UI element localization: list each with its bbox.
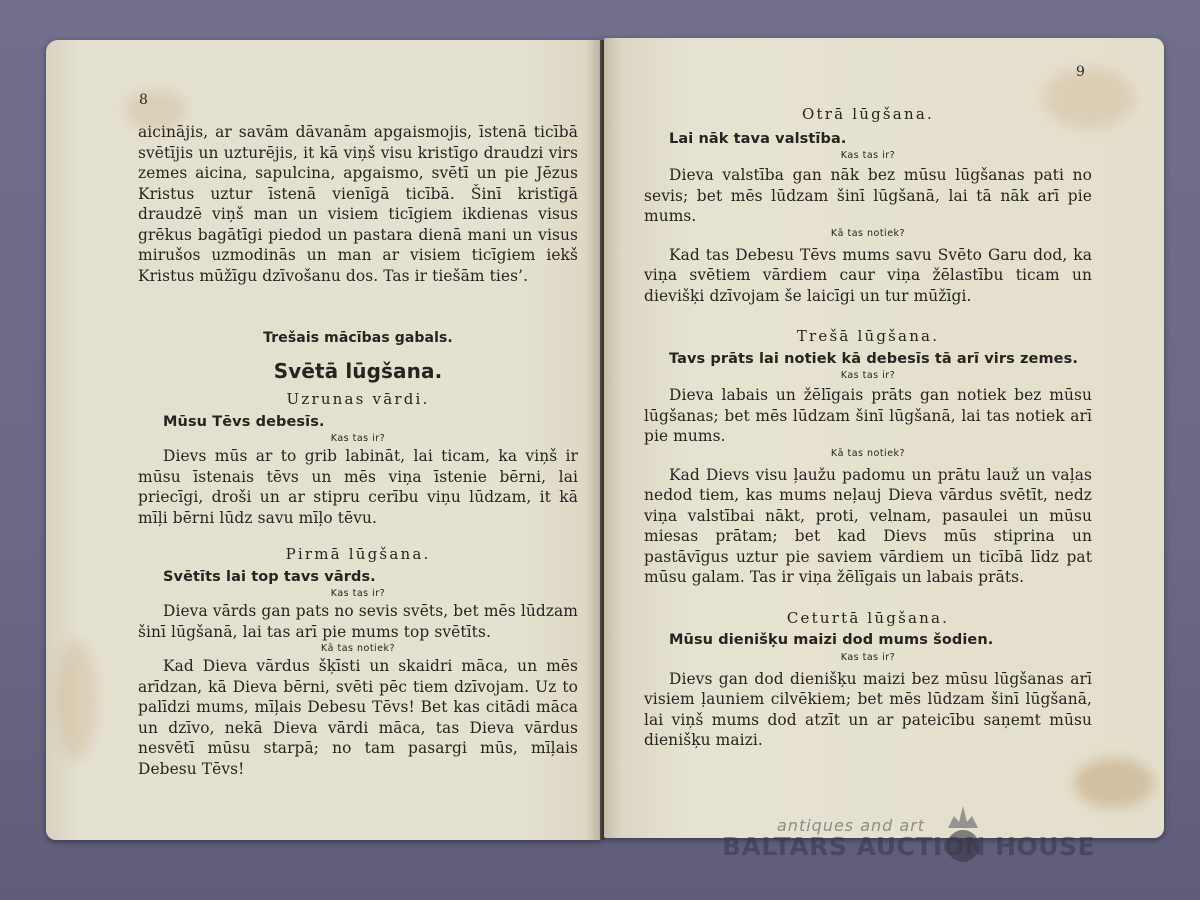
third-petition-answer-1: Dieva labais un žēlīgais prāts gan notie… — [644, 385, 1092, 447]
invocation-heading: Uzrunas vārdi. — [138, 389, 578, 410]
fourth-petition-heading: Ceturtā lūgšana. — [644, 608, 1092, 629]
section-heading: Trešais mācības gabals. — [138, 328, 578, 349]
watermark-brand: BALTARS AUCTION HOUSE — [722, 832, 1095, 861]
third-petition-text: Tavs prāts lai notiek kā debesīs tā arī … — [644, 349, 1092, 370]
question-label: Kā tas notiek? — [644, 227, 1092, 241]
first-petition-text: Svētīts lai top tavs vārds. — [138, 567, 578, 588]
fourth-petition-answer-1: Dievs gan dod dienišķu maizi bez mūsu lū… — [644, 669, 1092, 751]
second-petition-answer-1: Dieva valstība gan nāk bez mūsu lūgšanas… — [644, 165, 1092, 227]
paper-stain — [1074, 758, 1154, 808]
question-label: Kas tas ir? — [644, 369, 1092, 383]
question-label: Kas tas ir? — [644, 651, 1092, 665]
left-page: 8 aicinājis, ar savām dāvanām apgaismoji… — [46, 40, 602, 840]
page-number: 9 — [1076, 64, 1085, 80]
invocation-answer: Dievs mūs ar to grib labināt, lai ticam,… — [138, 446, 578, 528]
third-petition-heading: Trešā lūgšana. — [644, 326, 1092, 347]
right-page-text: Otrā lūgšana. Lai nāk tava valstība. Kas… — [644, 104, 1092, 751]
paper-stain — [56, 640, 96, 760]
first-petition-heading: Pirmā lūgšana. — [138, 544, 578, 565]
third-petition-answer-2: Kad Dievs visu ļaužu padomu un prātu lau… — [644, 465, 1092, 588]
fourth-petition-text: Mūsu dienišķu maizi dod mums šodien. — [644, 630, 1092, 651]
second-petition-heading: Otrā lūgšana. — [644, 104, 1092, 125]
question-label: Kā tas notiek? — [138, 642, 578, 656]
second-petition-text: Lai nāk tava valstība. — [644, 129, 1092, 150]
invocation-petition: Mūsu Tēvs debesīs. — [138, 412, 578, 433]
page-number: 8 — [139, 92, 148, 108]
question-label: Kas tas ir? — [644, 149, 1092, 163]
question-label: Kas tas ir? — [138, 587, 578, 601]
second-petition-answer-2: Kad tas Debesu Tēvs mums savu Svēto Garu… — [644, 245, 1092, 307]
first-petition-answer-2: Kad Dieva vārdus šķīsti un skaidri māca,… — [138, 656, 578, 779]
page-title: Svētā lūgšana. — [138, 361, 578, 382]
left-page-text: aicinājis, ar savām dāvanām apgaismojis,… — [138, 122, 578, 779]
intro-paragraph: aicinājis, ar savām dāvanām apgaismojis,… — [138, 122, 578, 286]
first-petition-answer-1: Dieva vārds gan pats no sevis svēts, bet… — [138, 601, 578, 642]
question-label: Kas tas ir? — [138, 432, 578, 446]
question-label: Kā tas notiek? — [644, 447, 1092, 461]
right-page: 9 Otrā lūgšana. Lai nāk tava valstība. K… — [604, 38, 1164, 838]
auction-house-watermark: antiques and art BALTARS AUCTION HOUSE — [722, 812, 1122, 872]
